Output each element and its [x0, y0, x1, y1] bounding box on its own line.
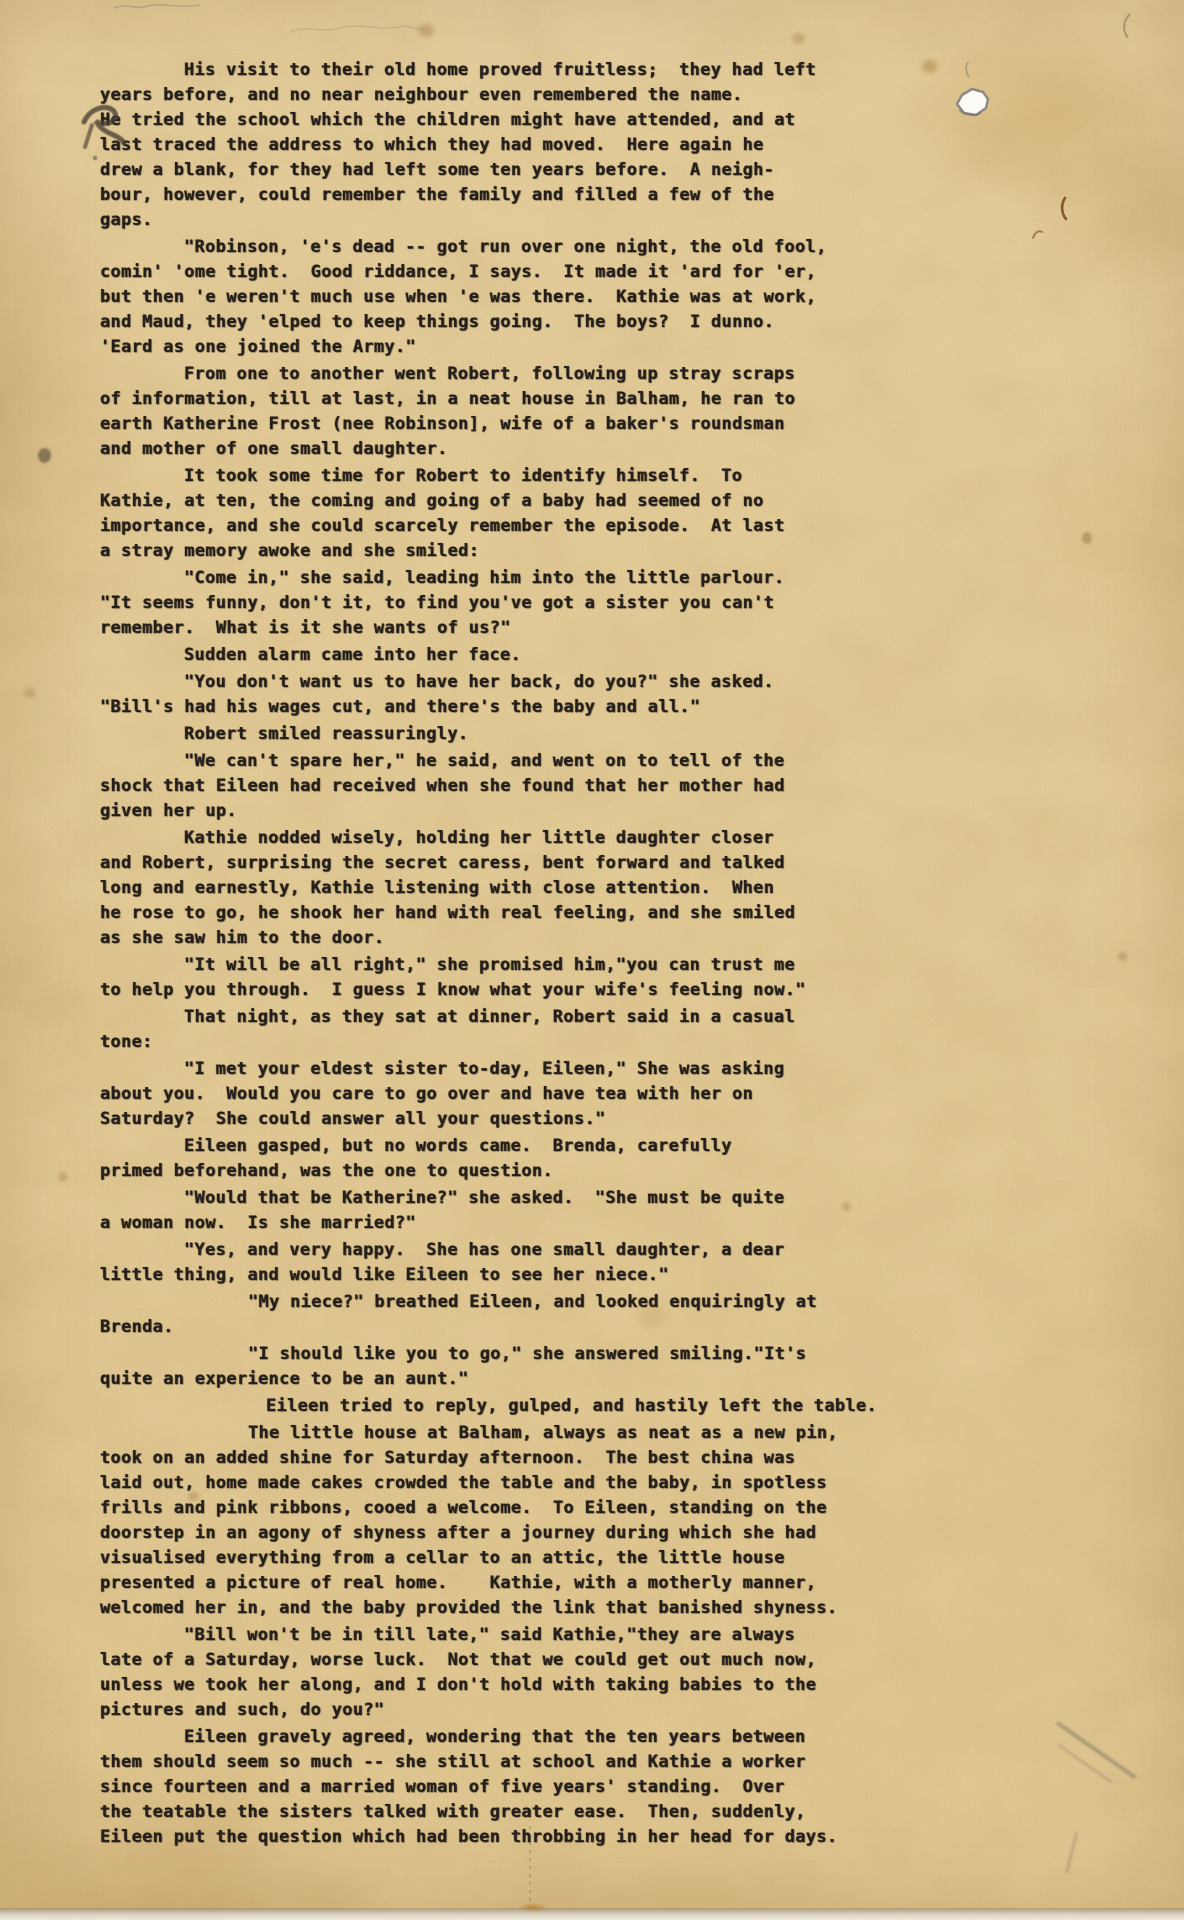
typewritten-text: His visit to their old home proved fruit…	[100, 58, 1000, 1852]
paragraph: Eileen gasped, but no words came. Brenda…	[100, 1134, 1000, 1184]
pencil-paren-mark	[1118, 12, 1134, 40]
paragraph: It took some time for Robert to identify…	[100, 464, 1000, 564]
paragraph: That night, as they sat at dinner, Rober…	[100, 1005, 1000, 1055]
stain-speck	[418, 24, 434, 37]
stain-speck	[24, 688, 36, 698]
paragraph: "Come in," she said, leading him into th…	[100, 566, 1000, 641]
paragraph: "Would that be Katherine?" she asked. "S…	[100, 1186, 1000, 1236]
paragraph: Eileen tried to reply, gulped, and hasti…	[100, 1394, 1000, 1419]
bottom-paper-edge	[0, 1908, 1184, 1920]
stain-speck	[58, 1172, 68, 1182]
paragraph: "I met your eldest sister to-day, Eileen…	[100, 1057, 1000, 1132]
paragraph: "Bill won't be in till late," said Kathi…	[100, 1623, 1000, 1723]
paragraph: From one to another went Robert, followi…	[100, 362, 1000, 462]
paragraph: Robert smiled reassuringly.	[100, 722, 1000, 747]
pencil-streak	[1065, 1832, 1078, 1873]
paragraph: "We can't spare her," he said, and went …	[100, 749, 1000, 824]
paragraph: "Yes, and very happy. She has one small …	[100, 1238, 1000, 1288]
stain-speck	[792, 33, 805, 44]
pencil-streak	[1057, 1743, 1113, 1783]
ink-speck	[1058, 196, 1072, 222]
pencil-squiggle-mark	[112, 0, 202, 14]
paragraph: "I should like you to go," she answered …	[100, 1342, 1000, 1392]
paragraph: The little house at Balham, always as ne…	[100, 1421, 1000, 1621]
paragraph: "My niece?" breathed Eileen, and looked …	[100, 1290, 1000, 1340]
pencil-streak	[1056, 1721, 1137, 1779]
paragraph: "You don't want us to have her back, do …	[100, 670, 1000, 720]
stain-speck	[1118, 952, 1127, 961]
paragraph: Sudden alarm came into her face.	[100, 643, 1000, 668]
manuscript-page: His visit to their old home proved fruit…	[0, 0, 1184, 1920]
paragraph: "It will be all right," she promised him…	[100, 953, 1000, 1003]
paragraph: "Robinson, 'e's dead -- got run over one…	[100, 235, 1000, 360]
paragraph: His visit to their old home proved fruit…	[100, 58, 1000, 233]
pencil-squiggle-mark	[288, 18, 428, 40]
orange-stain	[512, 1901, 554, 1915]
ink-speck	[1030, 226, 1044, 242]
paragraph: Eileen gravely agreed, wondering that th…	[100, 1725, 1000, 1850]
dark-speck	[38, 448, 51, 463]
stain-speck	[1082, 532, 1092, 544]
paragraph: Kathie nodded wisely, holding her little…	[100, 826, 1000, 951]
